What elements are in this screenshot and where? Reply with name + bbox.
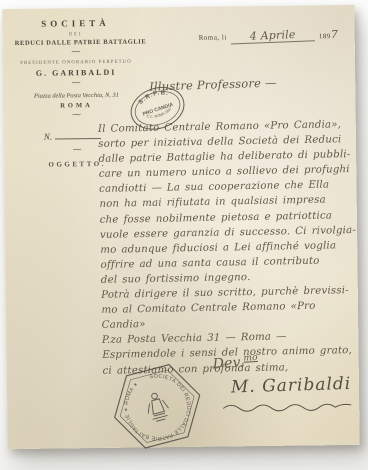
president-title: PRESIDENTE ONORARIO PERPETUO [15,60,137,66]
society-name-line1: SOCIETÀ [14,18,136,29]
society-address: Piazza della Posta Vecchia, N. 31 [15,92,137,100]
dateline-city-prefix: Roma, li [199,33,227,41]
society-name-dei: DEI [15,31,137,37]
protocol-number-blank-line [54,131,100,140]
ornament-divider: ⁓ [16,111,138,118]
stamp-emblem-icon [144,391,171,423]
dateline-handwritten-day: 4 Aprile [231,27,315,44]
closing-superscript: mo [243,353,258,364]
letterhead: SOCIETÀ DEI REDUCI DALLE PATRIE BATTAGLI… [14,18,137,118]
protocol-number-field: N. [44,131,101,142]
ornament-divider: ⁓ [15,79,137,86]
dateline: Roma, li 4 Aprile 1897 [199,25,339,45]
letter-paper: SOCIETÀ DEI REDUCI DALLE PATRIE BATTAGLI… [2,5,359,449]
svg-text:SOCIETÀ DEI REDUCI DALLE PATRI: SOCIETÀ DEI REDUCI DALLE PATRIE BATTAGLI… [116,366,198,448]
body-line: mo al Comitato Centrale Romano «Pro Cand… [101,298,364,333]
dateline-handwritten-year-digit: 7 [331,28,338,41]
dateline-printed-year: 189 [319,32,331,40]
closing-prefix: Dev. [212,354,244,372]
signature-flourish [221,401,353,415]
ornament-divider: ⁓ [15,48,137,55]
signature-m-garibaldi: M. Garibaldi [231,374,352,398]
protocol-number-label: N. [44,132,52,142]
photo-of-letter: SOCIETÀ DEI REDUCI DALLE PATRIE BATTAGLI… [0,0,368,470]
letter-body: Il Comitato Centrale Romano «Pro Candia»… [98,117,365,379]
salutation: Illustre Professore — [149,75,277,93]
hex-stamp-ring-text: SOCIETÀ DEI REDUCI DALLE PATRIE BATTAGLI… [116,366,198,448]
closing-devmo: Dev.mo [212,353,258,373]
